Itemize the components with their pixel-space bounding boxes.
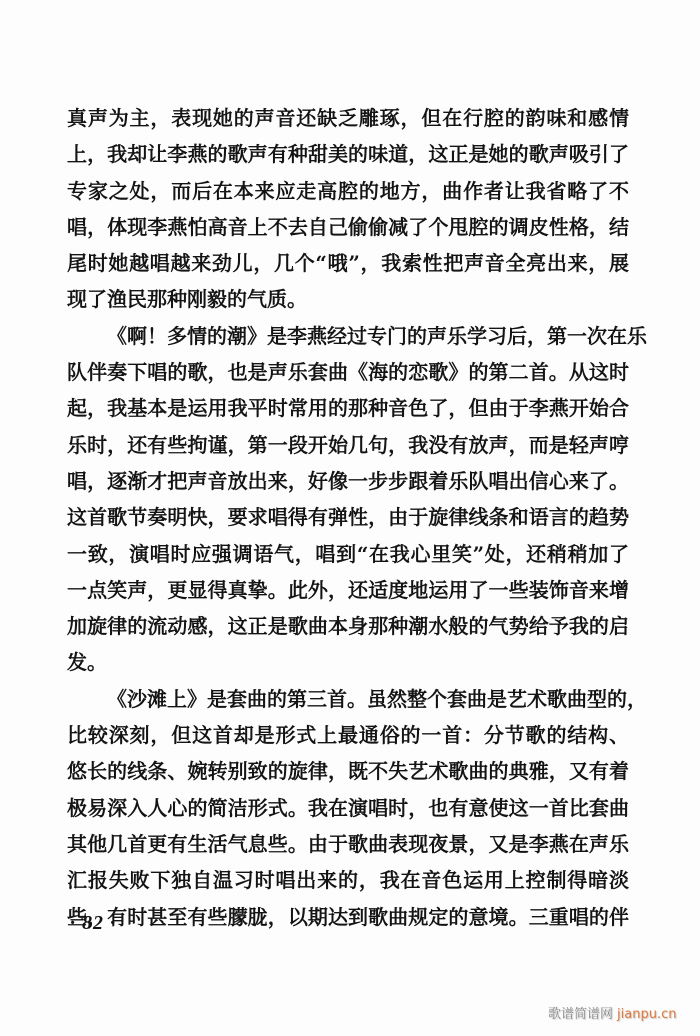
page-number: · 82 · [70, 912, 116, 935]
text-line: 发。 [67, 644, 629, 680]
text-line: 专家之处，而后在本来应走高腔的地方，曲作者让我省略了不 [67, 173, 629, 209]
text-line: 一致，演唱时应强调语气，唱到“在我心里笑”处，还稍稍加了 [67, 536, 629, 572]
text-line: 《沙滩上》是套曲的第三首。虽然整个套曲是艺术歌曲型的， [67, 681, 629, 717]
text-line: 唱，逐渐才把声音放出来，好像一步步跟着乐队唱出信心来了。 [67, 463, 629, 499]
text-line: 这首歌节奏明快，要求唱得有弹性，由于旋律线条和语言的趋势 [67, 499, 629, 535]
site-watermark: 歌谱简谱网jianpu.cn [548, 1003, 676, 1022]
paragraph-1: 真声为主，表现她的声音还缺乏雕琢，但在行腔的韵味和感情 上，我却让李燕的歌声有种… [67, 100, 629, 318]
text-line: 比较深刻，但这首却是形式上最通俗的一首：分节歌的结构、 [67, 717, 629, 753]
text-line: 极易深入人心的简洁形式。我在演唱时，也有意使这一首比套曲 [67, 790, 629, 826]
paragraph-3: 《沙滩上》是套曲的第三首。虽然整个套曲是艺术歌曲型的， 比较深刻，但这首却是形式… [67, 681, 629, 935]
text-line: 些，有时甚至有些朦胧，以期达到歌曲规定的意境。三重唱的伴 [67, 899, 629, 935]
text-line: 真声为主，表现她的声音还缺乏雕琢，但在行腔的韵味和感情 [67, 100, 629, 136]
text-line: 尾时她越唱越来劲儿，几个“哦”，我索性把声音全亮出来，展 [67, 245, 629, 281]
text-line: 其他几首更有生活气息些。由于歌曲表现夜景，又是李燕在声乐 [67, 826, 629, 862]
watermark-site-name: 歌谱简谱网 [548, 1007, 613, 1022]
text-line: 起，我基本是运用我平时常用的那种音色了，但由于李燕开始合 [67, 390, 629, 426]
book-page: 真声为主，表现她的声音还缺乏雕琢，但在行腔的韵味和感情 上，我却让李燕的歌声有种… [0, 0, 700, 1036]
text-line: 《啊！多情的潮》是李燕经过专门的声乐学习后，第一次在乐 [67, 318, 629, 354]
text-line: 一点笑声，更显得真挚。此外，还适度地运用了一些装饰音来增 [67, 572, 629, 608]
text-line: 队伴奏下唱的歌，也是声乐套曲《海的恋歌》的第二首。从这时 [67, 354, 629, 390]
body-text: 真声为主，表现她的声音还缺乏雕琢，但在行腔的韵味和感情 上，我却让李燕的歌声有种… [67, 100, 629, 935]
text-line: 上，我却让李燕的歌声有种甜美的味道，这正是她的歌声吸引了 [67, 136, 629, 172]
text-line: 悠长的线条、婉转别致的旋律，既不失艺术歌曲的典雅，又有着 [67, 753, 629, 789]
paragraph-2: 《啊！多情的潮》是李燕经过专门的声乐学习后，第一次在乐 队伴奏下唱的歌，也是声乐… [67, 318, 629, 681]
text-line: 乐时，还有些拘谨，第一段开始几句，我没有放声，而是轻声哼 [67, 427, 629, 463]
text-line: 现了渔民那种刚毅的气质。 [67, 281, 629, 317]
text-line: 加旋律的流动感，这正是歌曲本身那种潮水般的气势给予我的启 [67, 608, 629, 644]
text-line: 唱，体现李燕怕高音上不去自己偷偷减了个甩腔的调皮性格，结 [67, 209, 629, 245]
text-line: 汇报失败下独自温习时唱出来的，我在音色运用上控制得暗淡 [67, 862, 629, 898]
watermark-domain: jianpu.cn [617, 1007, 676, 1022]
